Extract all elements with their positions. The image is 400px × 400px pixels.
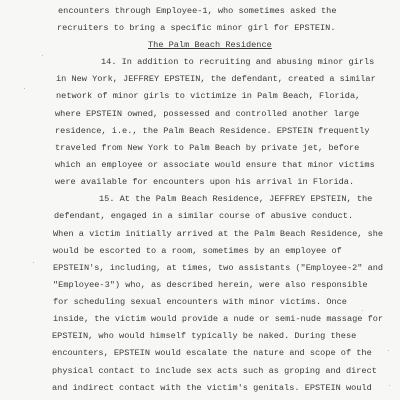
text-line: and indirect contact with the victim's g… xyxy=(52,383,372,393)
text-line: When a victim initially arrived at the P… xyxy=(53,229,383,239)
document-page: encounters through Employee-1, who somet… xyxy=(0,0,400,400)
text-line: "Employee-3") who, as described herein, … xyxy=(53,280,368,290)
text-line: recruiters to bring a specific minor gir… xyxy=(57,23,335,33)
text-line: encounters through Employee-1, who somet… xyxy=(58,6,336,16)
text-line: EPSTEIN, who would himself typically be … xyxy=(52,331,356,341)
text-line: traveled from New York to Palm Beach by … xyxy=(55,143,359,153)
section-heading: The Palm Beach Residence xyxy=(148,40,272,50)
scan-speck xyxy=(389,385,390,386)
paragraph-14-start: 14. In addition to recruiting and abusin… xyxy=(101,57,374,67)
scan-speck xyxy=(42,55,43,56)
text-line: network of minor girls to victimize in P… xyxy=(56,91,360,101)
text-line: which an employee or associate would ens… xyxy=(55,160,375,170)
scan-speck xyxy=(362,310,363,311)
text-line: where EPSTEIN owned, possessed and contr… xyxy=(55,109,359,119)
text-line: inside, the victim would provide a nude … xyxy=(53,314,383,324)
text-line: were available for encounters upon his a… xyxy=(55,177,354,187)
text-line: would be escorted to a room, sometimes b… xyxy=(53,246,342,256)
text-line: for scheduling sexual encounters with mi… xyxy=(53,297,347,307)
text-line: encounters, EPSTEIN would escalate the n… xyxy=(52,348,372,358)
scan-speck xyxy=(24,88,25,89)
text-line: residence, i.e., the Palm Beach Residenc… xyxy=(55,126,370,136)
text-line: in New York, JEFFREY EPSTEIN, the defend… xyxy=(56,74,376,84)
text-line: EPSTEIN's, including, at times, two assi… xyxy=(53,263,383,273)
text-line: defendant, engaged in a similar course o… xyxy=(54,211,353,221)
scan-speck xyxy=(388,350,389,351)
paragraph-15-start: 15. At the Palm Beach Residence, JEFFREY… xyxy=(99,194,372,204)
text-line: physical contact to include sex acts suc… xyxy=(52,366,377,376)
scan-speck xyxy=(33,262,34,263)
